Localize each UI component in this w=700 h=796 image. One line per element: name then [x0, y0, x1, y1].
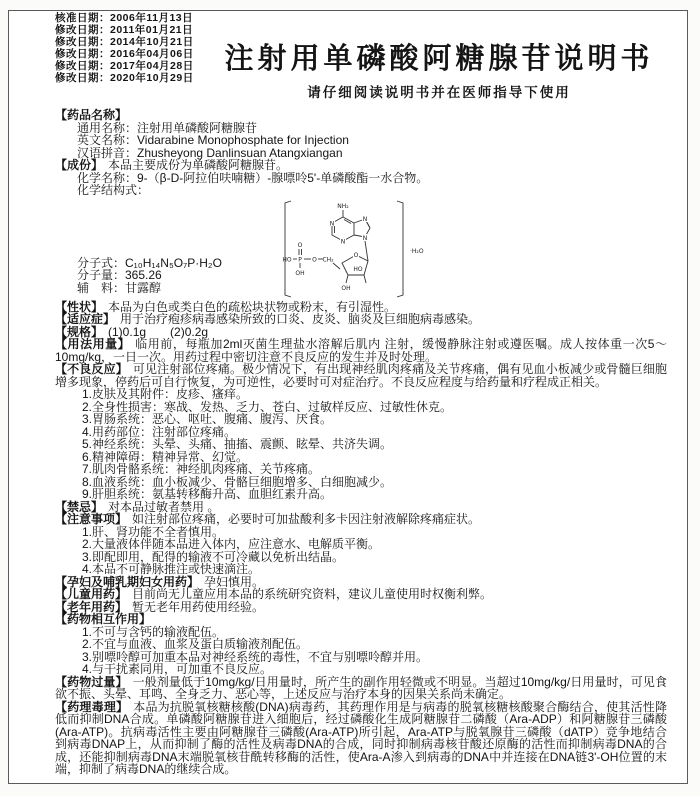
nh2-label: NH₂ [337, 203, 349, 210]
date-revised-1: 修改日期：2011年01月21日 [55, 24, 211, 36]
precaution-item-2: 2.大量液体伴随本品进入体内，应注意水、电解质平衡。 [55, 538, 667, 551]
phosphate-oh-label: OH [295, 270, 304, 277]
adverse-item-5: 5.神经系统：头晕、头痛、抽搐、震颤、眩晕、共济失调。 [55, 438, 667, 451]
hydrate-label: ·H₂O [410, 248, 424, 255]
drug-name-heading: 【药品名称】 [55, 108, 127, 122]
right-bracket [397, 201, 403, 297]
n3-label: N [341, 238, 346, 245]
phosphorus-label: P [298, 256, 302, 263]
date-revised-5: 修改日期：2020年10月29日 [55, 72, 211, 84]
pharmacology-text: 本品为抗脱氧核糖核酸(DNA)病毒药，其药理作用是与病毒的脱氧核糖核酸聚合酶结合… [55, 700, 667, 777]
interaction-item-2: 2.不宜与血液、血浆及蛋白质输液剂配伍。 [55, 638, 667, 651]
phosphate-ho-label: HO [282, 256, 292, 263]
insert-content: 核准日期：2006年11月13日 修改日期：2011年01月21日 修改日期：2… [55, 12, 667, 776]
document-title: 注射用单磷酸阿糖腺苷说明书 [211, 36, 667, 77]
date-revised-2: 修改日期：2014年10月21日 [55, 36, 211, 48]
title-block: 注射用单磷酸阿糖腺苷说明书 请仔细阅读说明书并在医师指导下使用 [211, 12, 667, 101]
document-subtitle: 请仔细阅读说明书并在医师指导下使用 [211, 81, 667, 101]
adverse-item-7: 7.肌肉骨骼系统：神经肌肉疼痛、关节疼痛。 [55, 463, 667, 476]
date-revised-3: 修改日期：2016年04月06日 [55, 48, 211, 60]
section-adverse-reactions: 【不良反应】可见注射部位疼痛。极少情况下，有出现神经肌肉疼痛及关节疼痛，偶有见血… [55, 363, 667, 388]
chemical-structure-diagram: NH₂ N N N N O HO P OH O CH₂ O HO OH ·H₂O [280, 197, 448, 301]
section-composition: 【成份】本品主要成份为单磷酸阿糖腺苷。 [55, 159, 667, 172]
section-dosage: 【用法用量】临用前，每瓶加2ml灭菌生理盐水溶解后肌内 注射，缓慢静脉注射或遵医… [55, 338, 667, 363]
structure-caption-line: 化学结构式： [55, 184, 667, 197]
composition-text: 本品主要成份为单磷酸阿糖腺苷。 [108, 158, 288, 172]
n9-label: N [363, 235, 368, 242]
adverse-item-3: 3.胃肠系统：恶心、呕吐、腹痛、腹泻、厌食。 [55, 413, 667, 426]
document-body: 【药品名称】 通用名称：注射用单磷酸阿糖腺苷 英文名称：Vidarabine M… [55, 109, 667, 776]
molecular-info: 分子式：C₁₀H₁₄N₅O₇P·H₂O 分子量：365.26 辅 料：甘露醇 [77, 257, 222, 295]
ester-oxygen-label: O [312, 256, 317, 263]
section-drug-name-heading: 【药品名称】 [55, 109, 667, 122]
precautions-heading: 【注意事项】 [55, 512, 127, 526]
english-name-line: 英文名称：Vidarabine Monophosphate for Inject… [55, 134, 667, 147]
overdose-text: 一般剂量低于10mg/kg/日用量时，所产生的副作用轻微或不明显。当超过10mg… [55, 675, 667, 702]
n7-label: N [363, 216, 368, 223]
ring-oxygen-label: O [354, 252, 359, 259]
phosphate-oxygen-label: O [298, 242, 303, 249]
composition-heading: 【成份】 [55, 158, 103, 172]
excipient-line: 辅 料：甘露醇 [77, 282, 222, 295]
n1-label: N [330, 220, 335, 227]
indications-heading: 【适应症】 [55, 312, 115, 326]
interactions-heading: 【药物相互作用】 [55, 612, 151, 626]
pediatric-heading: 【儿童用药】 [55, 587, 127, 601]
section-precautions: 【注意事项】如注射部位疼痛，必要时可加盐酸利多卡因注射液解除疼痛症状。 [55, 513, 667, 526]
date-revised-4: 修改日期：2017年04月28日 [55, 60, 211, 72]
date-approved: 核准日期：2006年11月13日 [55, 12, 211, 24]
ch2-label: CH₂ [322, 256, 334, 263]
chemical-structure-block: NH₂ N N N N O HO P OH O CH₂ O HO OH ·H₂O [55, 197, 667, 301]
precaution-item-4: 4.本品不可静脉推注或快速滴注。 [55, 563, 667, 576]
adverse-intro: 可见注射部位疼痛。极少情况下，有出现神经肌肉疼痛及关节疼痛，偶有见血小板减少或骨… [55, 362, 667, 389]
ring-ho-label: HO [353, 266, 363, 273]
package-insert-page: { "header": { "dates": [ "核准日期：2006年11月1… [0, 0, 700, 796]
section-pharmacology: 【药理毒理】本品为抗脱氧核糖核酸(DNA)病毒药，其药理作用是与病毒的脱氧核糖核… [55, 701, 667, 776]
adverse-item-1: 1.皮肤及其附件：皮疹、瘙痒。 [55, 388, 667, 401]
geriatric-text: 暂无老年用药使用经验。 [132, 600, 264, 614]
molecular-weight-line: 分子量：365.26 [77, 269, 222, 282]
section-overdose: 【药物过量】一般剂量低于10mg/kg/日用量时，所产生的副作用轻微或不明显。当… [55, 676, 667, 701]
precautions-intro: 如注射部位疼痛，必要时可加盐酸利多卡因注射液解除疼痛症状。 [132, 512, 480, 526]
section-interactions: 【药物相互作用】 [55, 613, 667, 626]
left-bracket [285, 201, 291, 297]
approval-dates: 核准日期：2006年11月13日 修改日期：2011年01月21日 修改日期：2… [55, 12, 211, 84]
ring-oh-label: OH [341, 285, 350, 292]
dosage-text: 临用前，每瓶加2ml灭菌生理盐水溶解后肌内 注射，缓慢静脉注射或遵医嘱。成人按体… [55, 337, 667, 364]
header: 核准日期：2006年11月13日 修改日期：2011年01月21日 修改日期：2… [55, 12, 667, 101]
